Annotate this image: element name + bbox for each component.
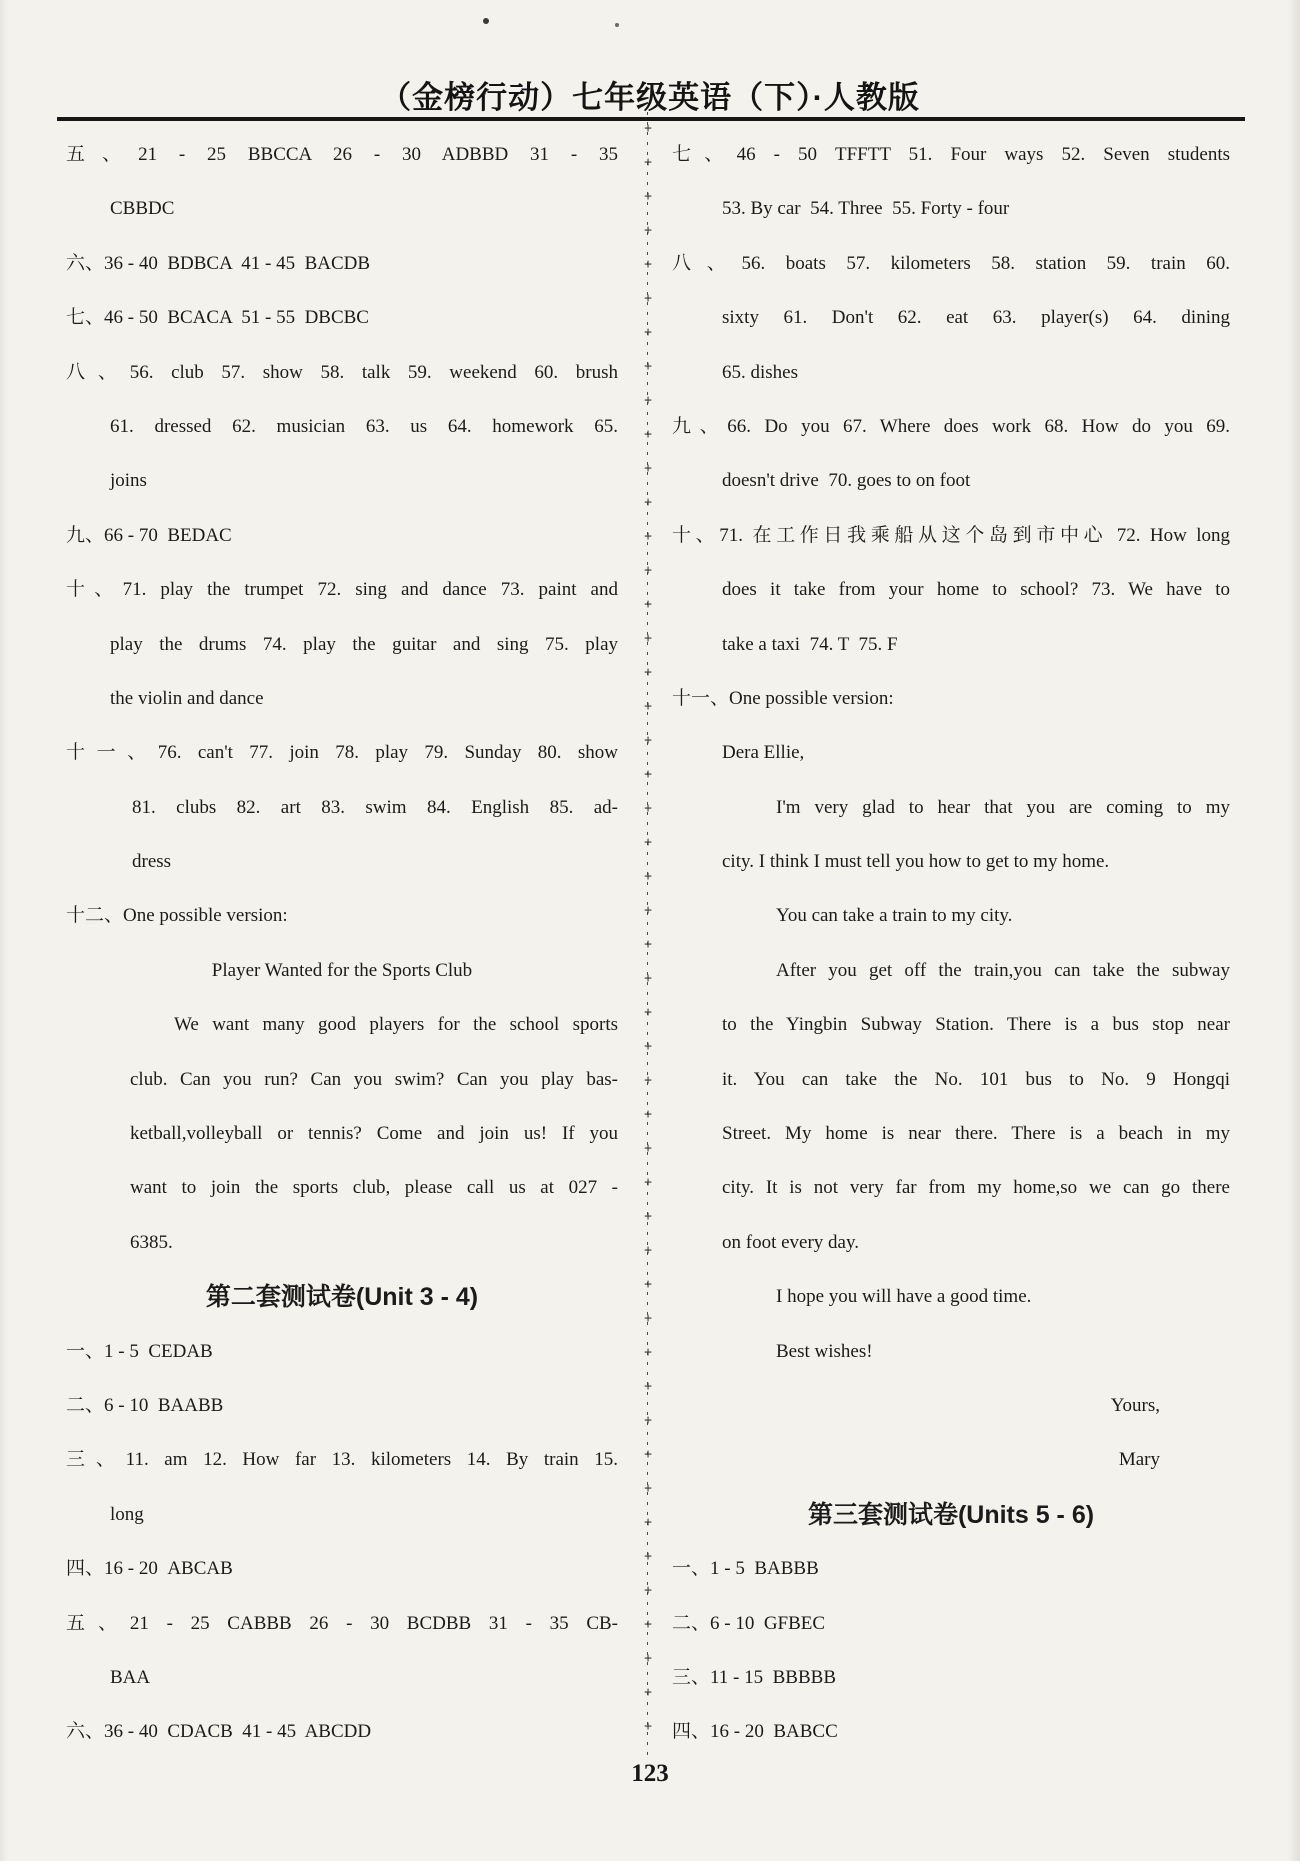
- left-column: 五、21 - 25 BBCCA 26 - 30 ADBBD 31 - 35CBB…: [66, 128, 618, 1760]
- text-line: 第二套测试卷(Unit 3 - 4): [66, 1270, 618, 1324]
- text-line: You can take a train to my city.: [672, 889, 1230, 943]
- text-line: 九、66. Do you 67. Where does work 68. How…: [672, 400, 1230, 454]
- text-line: want to join the sports club, please cal…: [66, 1161, 618, 1215]
- scan-speck: [483, 18, 489, 24]
- text-line: 四、16 - 20 ABCAB: [66, 1542, 618, 1596]
- text-line: 四、16 - 20 BABCC: [672, 1705, 1230, 1759]
- text-line: 6385.: [66, 1216, 618, 1270]
- text-line: 二、6 - 10 GFBEC: [672, 1597, 1230, 1651]
- text-line: the violin and dance: [66, 672, 618, 726]
- text-line: club. Can you run? Can you swim? Can you…: [66, 1053, 618, 1107]
- scan-speck: [615, 23, 619, 27]
- text-line: Yours,: [672, 1379, 1230, 1433]
- text-line: 二、6 - 10 BAABB: [66, 1379, 618, 1433]
- text-line: take a taxi 74. T 75. F: [672, 618, 1230, 672]
- text-line: Street. My home is near there. There is …: [672, 1107, 1230, 1161]
- text-line: 81. clubs 82. art 83. swim 84. English 8…: [66, 781, 618, 835]
- text-line: Best wishes!: [672, 1325, 1230, 1379]
- text-line: 十二、One possible version:: [66, 889, 618, 943]
- divider-plus-marks: + + + + + + + + + + + + + + + + + + + + …: [641, 112, 655, 1744]
- text-line: 九、66 - 70 BEDAC: [66, 509, 618, 563]
- text-line: on foot every day.: [672, 1216, 1230, 1270]
- text-line: 十、71. play the trumpet 72. sing and danc…: [66, 563, 618, 617]
- text-line: 五、21 - 25 CABBB 26 - 30 BCDBB 31 - 35 CB…: [66, 1597, 618, 1651]
- scan-edge-shadow-left: [0, 0, 8, 1861]
- text-line: 十、71. 在工作日我乘船从这个岛到市中心 72. How long: [672, 509, 1230, 563]
- text-line: 65. dishes: [672, 346, 1230, 400]
- text-line: to the Yingbin Subway Station. There is …: [672, 998, 1230, 1052]
- text-line: I hope you will have a good time.: [672, 1270, 1230, 1324]
- text-line: We want many good players for the school…: [66, 998, 618, 1052]
- page-number: 123: [0, 1760, 1300, 1788]
- text-line: CBBDC: [66, 182, 618, 236]
- text-line: BAA: [66, 1651, 618, 1705]
- text-line: play the drums 74. play the guitar and s…: [66, 618, 618, 672]
- text-line: it. You can take the No. 101 bus to No. …: [672, 1053, 1230, 1107]
- text-line: 61. dressed 62. musician 63. us 64. home…: [66, 400, 618, 454]
- text-line: joins: [66, 454, 618, 508]
- text-line: 五、21 - 25 BBCCA 26 - 30 ADBBD 31 - 35: [66, 128, 618, 182]
- text-line: Mary: [672, 1433, 1230, 1487]
- text-line: dress: [66, 835, 618, 889]
- text-line: 八、56. boats 57. kilometers 58. station 5…: [672, 237, 1230, 291]
- text-line: city. It is not very far from my home,so…: [672, 1161, 1230, 1215]
- text-line: 十一、One possible version:: [672, 672, 1230, 726]
- text-line: I'm very glad to hear that you are comin…: [672, 781, 1230, 835]
- text-line: 十一、76. can't 77. join 78. play 79. Sunda…: [66, 726, 618, 780]
- text-line: 六、36 - 40 CDACB 41 - 45 ABCDD: [66, 1705, 618, 1759]
- text-line: 八、56. club 57. show 58. talk 59. weekend…: [66, 346, 618, 400]
- text-line: Player Wanted for the Sports Club: [66, 944, 618, 998]
- text-line: doesn't drive 70. goes to on foot: [672, 454, 1230, 508]
- book-header-title: （金榜行动）七年级英语（下）·人教版: [0, 72, 1300, 117]
- text-line: 七、46 - 50 BCACA 51 - 55 DBCBC: [66, 291, 618, 345]
- text-line: After you get off the train,you can take…: [672, 944, 1230, 998]
- text-line: sixty 61. Don't 62. eat 63. player(s) 64…: [672, 291, 1230, 345]
- text-line: 第三套测试卷(Units 5 - 6): [672, 1488, 1230, 1542]
- text-line: 六、36 - 40 BDBCA 41 - 45 BACDB: [66, 237, 618, 291]
- text-line: 七、46 - 50 TFFTT 51. Four ways 52. Seven …: [672, 128, 1230, 182]
- text-line: ketball,volleyball or tennis? Come and j…: [66, 1107, 618, 1161]
- text-line: 一、1 - 5 CEDAB: [66, 1325, 618, 1379]
- scanned-answer-page: （金榜行动）七年级英语（下）·人教版 五、21 - 25 BBCCA 26 - …: [0, 0, 1300, 1861]
- text-line: does it take from your home to school? 7…: [672, 563, 1230, 617]
- text-line: long: [66, 1488, 618, 1542]
- text-line: 一、1 - 5 BABBB: [672, 1542, 1230, 1596]
- text-line: Dera Ellie,: [672, 726, 1230, 780]
- text-line: 三、11 - 15 BBBBB: [672, 1651, 1230, 1705]
- scan-edge-shadow-right: [1288, 0, 1300, 1861]
- text-line: 53. By car 54. Three 55. Forty - four: [672, 182, 1230, 236]
- text-line: 三、11. am 12. How far 13. kilometers 14. …: [66, 1433, 618, 1487]
- text-line: city. I think I must tell you how to get…: [672, 835, 1230, 889]
- right-column: 七、46 - 50 TFFTT 51. Four ways 52. Seven …: [672, 128, 1230, 1760]
- column-divider: + + + + + + + + + + + + + + + + + + + + …: [641, 112, 655, 1757]
